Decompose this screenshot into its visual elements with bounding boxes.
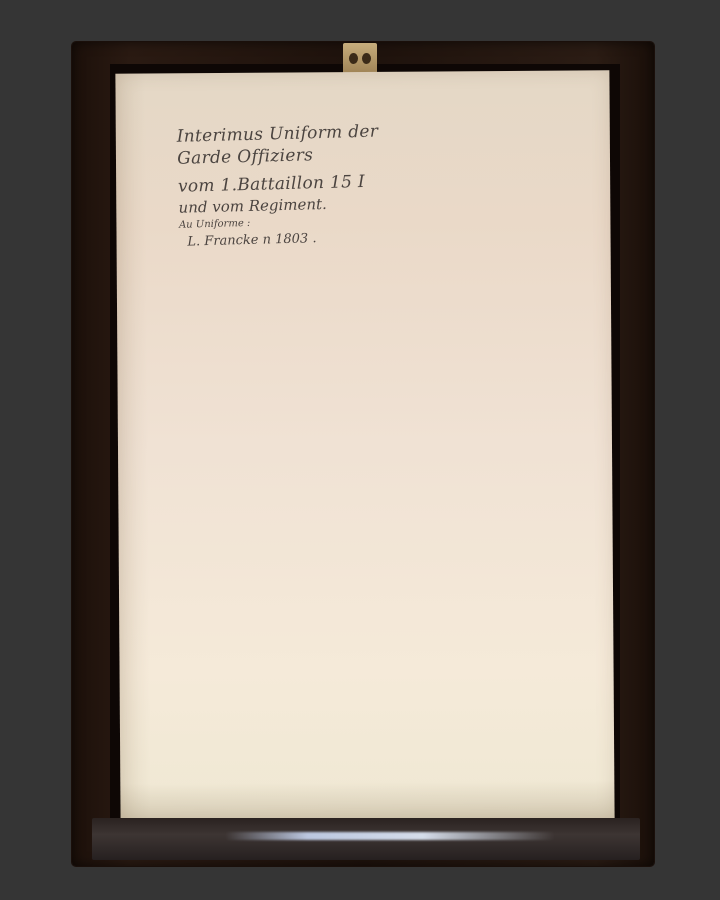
brass-hanger-icon — [343, 43, 377, 75]
hanger-hole — [362, 53, 371, 64]
hanger-hole — [349, 53, 358, 64]
light-reflection — [225, 832, 555, 840]
handwritten-inscription: Interimus Uniform der Garde Offiziers vo… — [176, 118, 469, 252]
